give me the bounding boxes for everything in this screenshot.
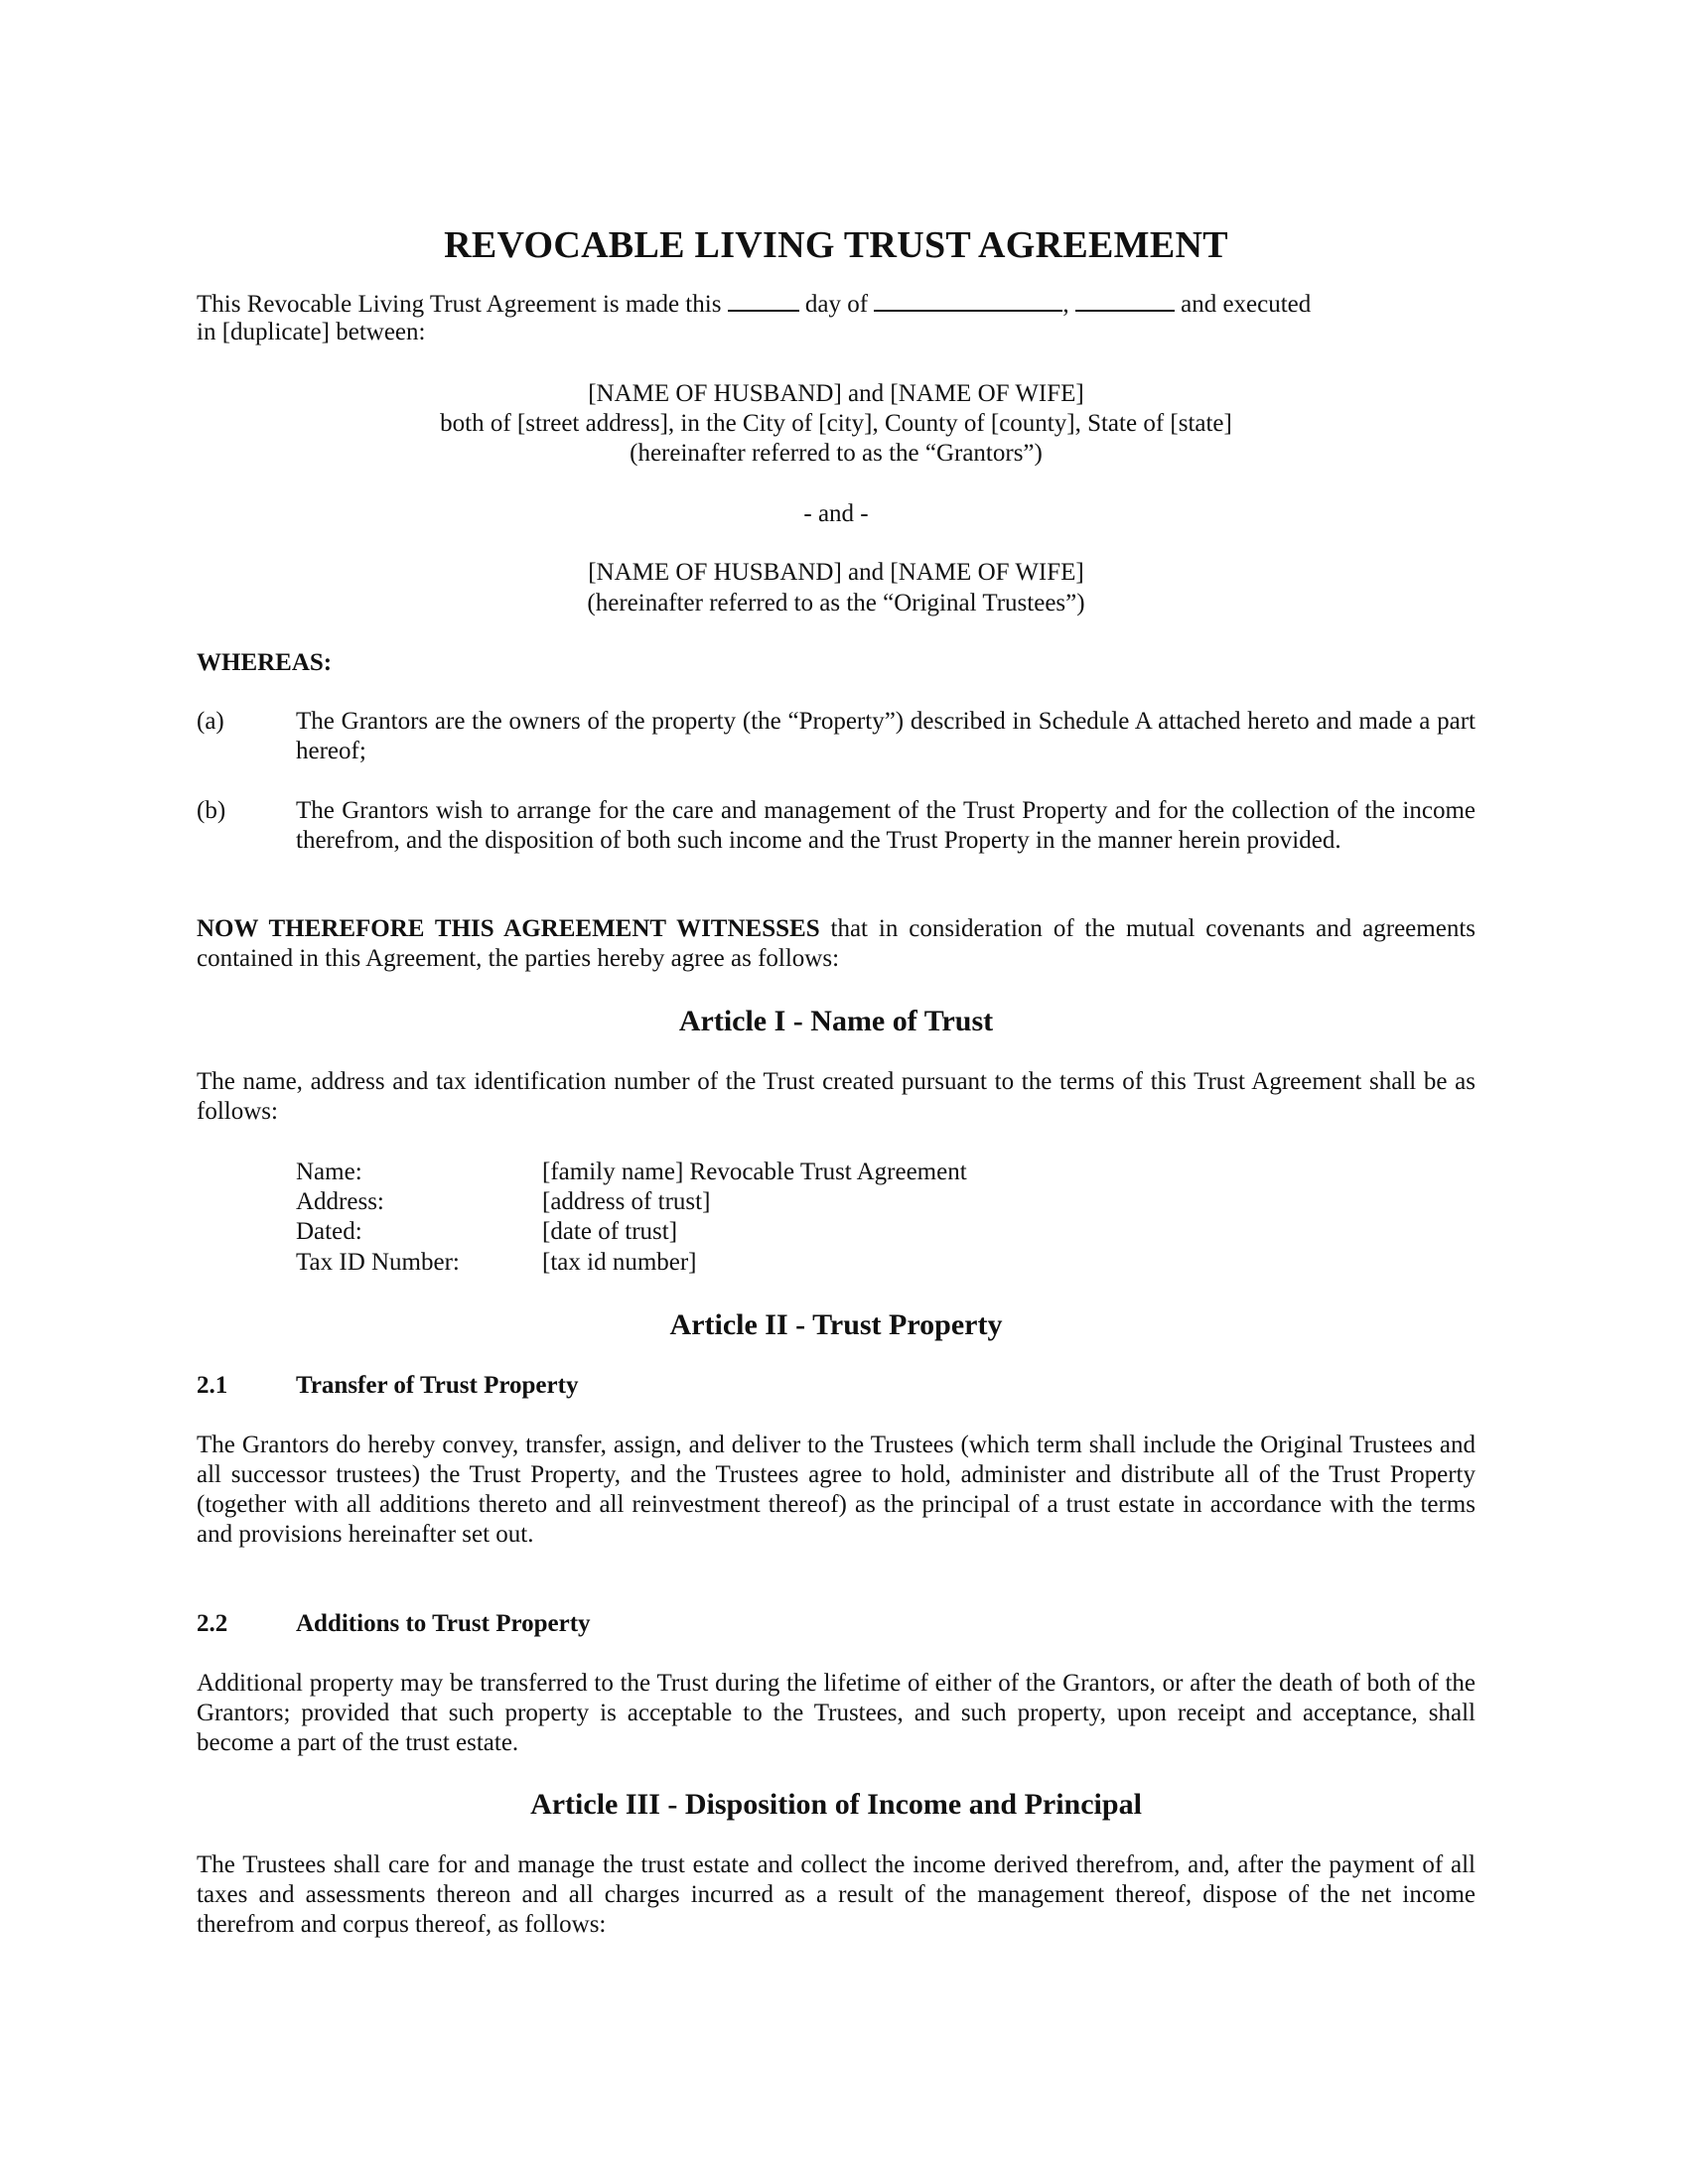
article-1-intro: The name, address and tax identification… [197,1067,1476,1127]
section-number: 2.1 [197,1371,227,1401]
section-number: 2.2 [197,1609,227,1639]
month-blank [874,288,1062,312]
witnesses-bold: NOW THEREFORE THIS AGREEMENT WITNESSES [197,915,820,942]
and-separator: - and - [197,499,1476,529]
article-1-heading: Article I - Name of Trust [197,1004,1476,1039]
article-3-text: The Trustees shall care for and manage t… [197,1850,1476,1940]
intro-text: and executed [1181,291,1311,318]
section-2-1-text: The Grantors do hereby convey, transfer,… [197,1431,1476,1550]
trust-info-key: Tax ID Number: [296,1248,460,1278]
item-text: The Grantors are the owners of the prope… [296,707,1476,766]
trust-info-value: [family name] Revocable Trust Agreement [542,1158,967,1187]
trust-info-row: Dated: [date of trust] [197,1217,1476,1247]
trust-info-value: [tax id number] [542,1248,697,1278]
grantor-names: [NAME OF HUSBAND] and [NAME OF WIFE] [197,379,1476,409]
section-title: Transfer of Trust Property [296,1371,578,1401]
trust-info-value: [address of trust] [542,1187,710,1217]
year-blank [1075,288,1175,312]
trustee-names: [NAME OF HUSBAND] and [NAME OF WIFE] [197,558,1476,588]
item-label: (b) [197,796,225,826]
section-2-1-heading: 2.1 Transfer of Trust Property [197,1371,1476,1401]
whereas-heading: WHEREAS: [197,648,1476,678]
day-blank [728,288,799,312]
section-2-2-text: Additional property may be transferred t… [197,1669,1476,1758]
whereas-item-a: (a) The Grantors are the owners of the p… [197,707,1476,766]
trust-info-value: [date of trust] [542,1217,677,1247]
article-2-heading: Article II - Trust Property [197,1307,1476,1343]
grantor-address: both of [street address], in the City of… [197,409,1476,439]
trustee-ref: (hereinafter referred to as the “Origina… [197,589,1476,618]
intro-line-1: This Revocable Living Trust Agreement is… [197,288,1476,320]
item-label: (a) [197,707,224,737]
intro-text: This Revocable Living Trust Agreement is… [197,291,721,318]
trust-info-key: Dated: [296,1217,362,1247]
whereas-item-b: (b) The Grantors wish to arrange for the… [197,796,1476,886]
trust-info-row: Address: [address of trust] [197,1187,1476,1217]
trust-info-key: Address: [296,1187,384,1217]
trust-info-key: Name: [296,1158,362,1187]
grantor-ref: (hereinafter referred to as the “Grantor… [197,439,1476,469]
trust-info-row: Tax ID Number: [tax id number] [197,1248,1476,1278]
trust-info-row: Name: [family name] Revocable Trust Agre… [197,1158,1476,1187]
item-text: The Grantors wish to arrange for the car… [296,796,1476,856]
intro-text: day of [805,291,868,318]
intro-comma: , [1062,291,1068,318]
witnesses-paragraph: NOW THEREFORE THIS AGREEMENT WITNESSES t… [197,914,1476,974]
section-title: Additions to Trust Property [296,1609,591,1639]
document-title: REVOCABLE LIVING TRUST AGREEMENT [197,223,1476,267]
section-2-2-heading: 2.2 Additions to Trust Property [197,1609,1476,1639]
article-3-heading: Article III - Disposition of Income and … [197,1787,1476,1823]
intro-line-2: in [duplicate] between: [197,318,1476,347]
